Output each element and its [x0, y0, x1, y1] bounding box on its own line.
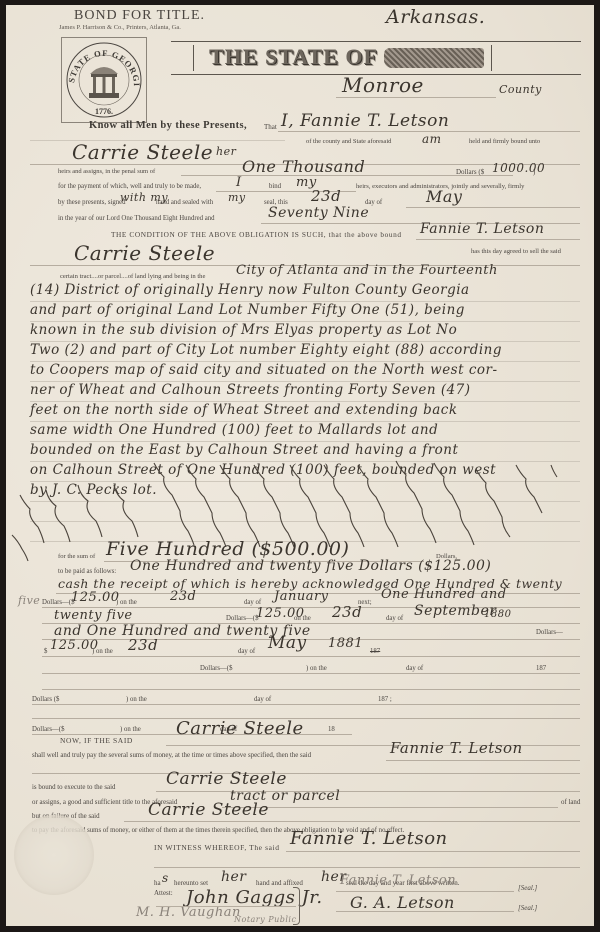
description-line: ner of Wheat and Calhoun Streets frontin… — [30, 382, 471, 398]
day-written: 23d — [311, 187, 341, 205]
i-written: I — [236, 175, 242, 190]
county-state-text: of the county and State aforesaid — [306, 138, 391, 145]
tract-text: certain tract....or parcel....of land ly… — [60, 273, 205, 280]
has-prefix: ha — [154, 879, 161, 887]
installment-dollars-label: Dollars—($ — [226, 615, 258, 622]
description-line: (14) District of originally Henry now Fu… — [30, 282, 470, 298]
installment-1-amount: 125.00 — [71, 590, 120, 605]
close-paren: ) — [533, 168, 535, 176]
installment-dollars-label: Dollars—($ — [42, 599, 74, 606]
bond-for-title-document: BOND FOR TITLE. James P. Harrison & Co.,… — [6, 5, 594, 926]
description-line: and part of original Land Lot Number Fif… — [30, 302, 465, 318]
hand-affixed-text: hand and affixed — [256, 879, 303, 887]
notary-title-written: Notary Public — [234, 915, 296, 924]
year-text: in the year of our Lord One Thousand Eig… — [58, 215, 215, 222]
obligee-written: Carrie Steele — [72, 140, 213, 164]
description-line: known in the sub division of Mrs Elyas p… — [30, 322, 457, 338]
hereunto-text: hereunto set — [174, 879, 208, 887]
struck-out-georgia — [384, 48, 484, 68]
blank-dollars-label: Dollars ($ — [32, 696, 59, 703]
obligor-written: I, Fannie T. Letson — [281, 111, 449, 131]
signature-1: Fannie T. Letson — [340, 873, 456, 888]
blank-on-the: ) on the — [306, 665, 327, 672]
presents-text: by these presents, signed — [58, 199, 126, 206]
shall-pay-text: shall well and truly pay the several sum… — [32, 752, 311, 759]
installment-day-of: day of — [238, 648, 255, 655]
bond-title: BOND FOR TITLE. — [74, 8, 205, 24]
attest-bracket — [293, 887, 300, 925]
follows-written: One Hundred and twenty five Dollars ($12… — [130, 558, 491, 574]
description-line: Two (2) and part of City Lot number Eigh… — [30, 342, 502, 358]
description-line: same width One Hundred (100) feet to Mal… — [30, 422, 438, 438]
year-written: Seventy Nine — [268, 205, 369, 221]
state-banner: THE STATE OF — [171, 41, 581, 75]
condition-intro: THE CONDITION OF THE ABOVE OBLIGATION IS… — [111, 230, 402, 239]
printer-credit: James P. Harrison & Co., Printers, Atlan… — [59, 24, 181, 31]
has-written: s — [162, 871, 169, 885]
bind-text: bind — [269, 183, 281, 190]
description-line: City of Atlanta and in the Fourteenth — [236, 263, 498, 278]
of-land-label: of land — [561, 799, 580, 806]
document-frame: BOND FOR TITLE. James P. Harrison & Co.,… — [0, 0, 600, 932]
installment-on-the: ) on the — [116, 599, 137, 606]
shall-pay-written: Fannie T. Letson — [390, 739, 523, 757]
now-if-label: NOW, IF THE SAID — [60, 736, 133, 745]
installment-next-written: One Hundred and — [381, 587, 507, 602]
blank-on-the: ) on the — [120, 726, 141, 733]
installment-1-day: 23d — [170, 589, 196, 604]
payment-text: for the payment of which, well and truly… — [58, 183, 201, 190]
attest-label: Attest: — [154, 889, 173, 897]
banner-title: THE STATE OF — [209, 44, 378, 70]
sum-label: for the sum of — [58, 553, 95, 560]
installment-day-of: day of — [386, 615, 403, 622]
follows-label: to be paid as follows: — [58, 568, 116, 575]
installment-1-month: January — [274, 589, 329, 604]
state-name-written: Arkansas. — [386, 6, 485, 28]
witness-signature-2: M. H. Vaughan — [136, 905, 241, 920]
blank-dollars-label: Dollars—($ — [200, 665, 232, 672]
svg-text:1776.: 1776. — [95, 107, 113, 116]
bound-party-written: Fannie T. Letson — [420, 221, 544, 237]
month-written: May — [426, 187, 462, 206]
witness-whereof-written: Fannie T. Letson — [290, 828, 448, 849]
know-all-men-heading: Know all Men by these Presents, — [89, 120, 247, 131]
installment-2-lead: twenty five — [54, 608, 133, 623]
blank-year: 18 — [328, 726, 335, 733]
county-label: County — [499, 83, 542, 96]
her-hand-written: her — [221, 869, 247, 885]
embossed-notary-seal — [14, 815, 94, 895]
installment-day-of: day of — [244, 599, 261, 606]
description-line: feet on the north side of Wheat Street a… — [30, 402, 458, 418]
installment-dollars-suffix: Dollars— — [536, 629, 563, 636]
blank-day-of: day of — [254, 696, 271, 703]
seal-my-written: my — [228, 191, 246, 204]
blank-year: 187 — [536, 665, 546, 672]
svg-text:STATE OF GEORGIA: STATE OF GEORGIA — [62, 38, 142, 87]
installment-2-day: 23d — [332, 603, 362, 621]
held-bound-text: held and firmly bound unto — [469, 138, 540, 145]
am-written: am — [422, 132, 442, 146]
hand-sealed-text: hand and sealed with — [156, 199, 213, 206]
blank-dollars-label: Dollars—($ — [32, 726, 64, 733]
description-line: to Coopers map of said city and situated… — [30, 362, 498, 378]
signature-2: G. A. Letson — [350, 893, 455, 912]
blank-on-the: ) on the — [126, 696, 147, 703]
installment-4-month: May — [268, 633, 307, 653]
county-written: Monroe — [342, 73, 424, 97]
seal-label-2: [Seal.] — [518, 904, 537, 912]
struck-year: 187 — [370, 648, 380, 655]
heirs-assigns-text: heirs and assigns, in the penal sum of — [58, 168, 155, 175]
buyer-written: Carrie Steele — [74, 241, 215, 265]
penal-sum-written: One Thousand — [242, 157, 365, 176]
failure-written: Carrie Steele — [148, 800, 269, 820]
installment-4-year: 1881 — [328, 636, 363, 651]
witness-whereof-text: IN WITNESS WHEREOF, The said — [154, 843, 280, 852]
installment-on-the: on the — [294, 615, 311, 622]
agreed-text: has this day agreed to sell the said — [471, 248, 561, 255]
execute-to-text: is bound to execute to the said — [32, 784, 115, 791]
margin-note-written: five — [18, 594, 40, 607]
blank-year: 187 ; — [378, 696, 392, 703]
execute-to-written: Carrie Steele — [166, 769, 287, 789]
dollars-label: Dollars ($ — [456, 168, 484, 176]
seal-label-1: [Seal.] — [518, 884, 537, 892]
now-if-written: Carrie Steele — [176, 718, 304, 739]
her-written: her — [216, 145, 236, 158]
georgia-seal: STATE OF GEORGIA 1776. — [61, 37, 147, 123]
installment-dollar-sign: $ — [44, 648, 47, 655]
sum-written: Five Hundred ($500.00) — [106, 538, 349, 560]
state-seal-icon: STATE OF GEORGIA 1776. — [62, 38, 146, 122]
installment-2-year: 1880 — [484, 609, 511, 620]
installment-on-the: ) on the — [92, 648, 113, 655]
that-label: That — [264, 123, 277, 131]
penal-amount-written: 1000.00 — [492, 161, 545, 175]
blank-day-of: day of — [406, 665, 423, 672]
installment-4-day: 23d — [128, 636, 158, 654]
